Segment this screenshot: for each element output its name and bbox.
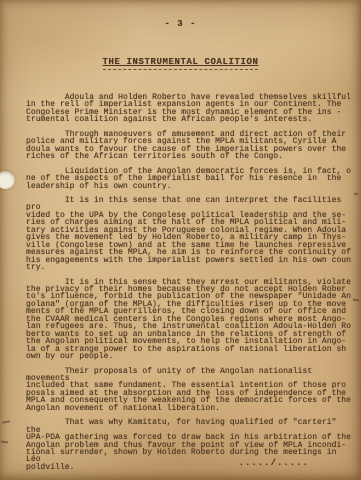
document-title: THE INSTRUMENTAL COALITION xyxy=(0,57,361,68)
pencil-mark xyxy=(1,441,8,443)
continuation-mark: ...../..... xyxy=(239,458,309,468)
pencil-mark xyxy=(354,193,358,195)
pencil-mark xyxy=(353,298,359,301)
paragraph: Through manoeuvers of amusement and dire… xyxy=(26,131,352,161)
paragraph: It is in this sense that one can interpr… xyxy=(26,197,352,272)
page-number: - 3 - xyxy=(0,19,361,29)
paragraph: Liquidation of the Angolan democratic fo… xyxy=(26,168,352,190)
punch-hole xyxy=(0,171,15,189)
document-page: - 3 - THE INSTRUMENTAL COALITION Adoula … xyxy=(0,0,361,480)
paragraph: Their proposals of unity of the Angolan … xyxy=(26,368,352,413)
document-title-text: THE INSTRUMENTAL COALITION xyxy=(102,57,258,68)
document-body: Adoula and Holden Roberto have revealed … xyxy=(26,94,352,478)
paragraph: It is in this sense that they arrest our… xyxy=(26,279,352,361)
pencil-mark xyxy=(2,420,10,423)
paragraph: Adoula and Holden Roberto have revealed … xyxy=(26,94,352,124)
